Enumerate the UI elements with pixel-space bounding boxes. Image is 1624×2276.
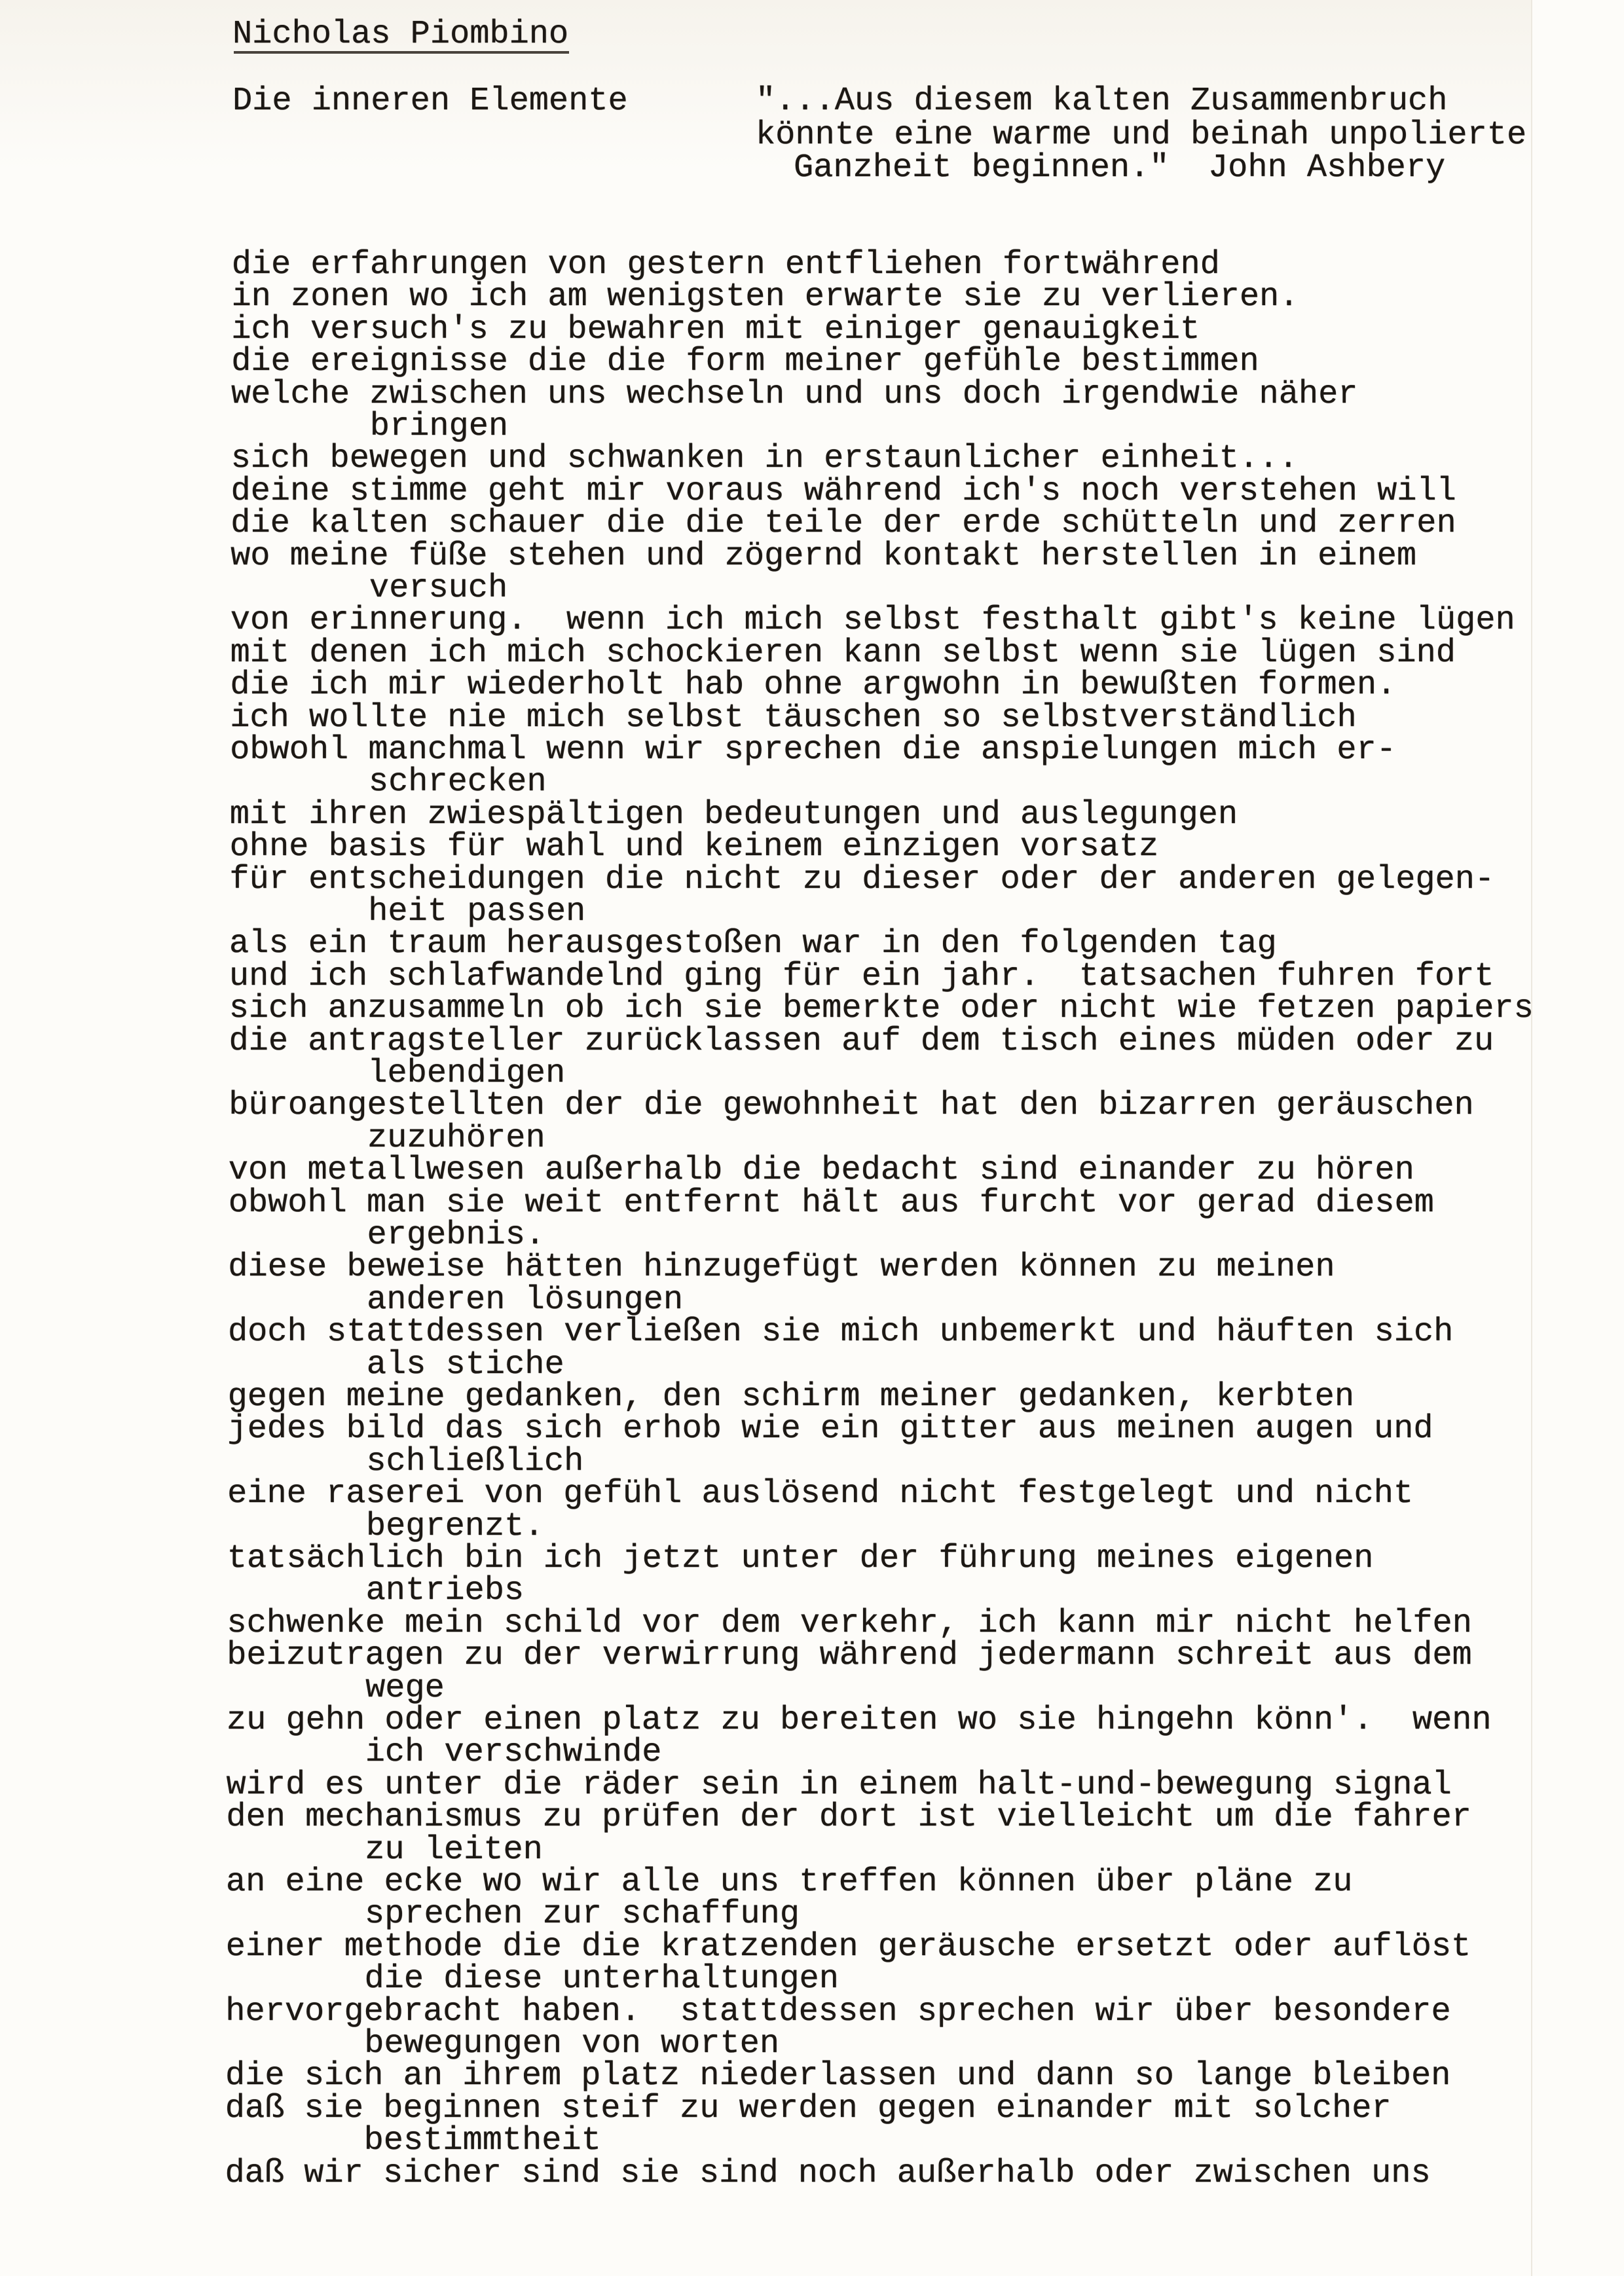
poem-line: ohne basis für wahl und keinem einzigen … [230,831,1159,864]
poem-line-continuation: ergebnis. [367,1219,545,1252]
poem-line-continuation: zu leiten [365,1834,543,1867]
poem-line-continuation: als stiche [367,1349,564,1382]
poem-line: an eine ecke wo wir alle uns treffen kön… [226,1866,1352,1899]
poem-line-continuation: versuch [369,572,507,605]
poem-line: jedes bild das sich erhob wie ein gitter… [227,1413,1433,1446]
poem-line: daß wir sicher sind sie sind noch außerh… [225,2157,1431,2190]
poem-title: Die inneren Elemente [232,85,628,118]
poem-line: büroangestellten der die gewohnheit hat … [229,1090,1474,1122]
poem-line: für entscheidungen die nicht zu dieser o… [229,864,1494,896]
epigraph-attribution: John Ashbery [1208,152,1445,185]
poem-line: einer methode die die kratzenden geräusc… [226,1931,1471,1964]
poem-line: und ich schlafwandelnd ging für ein jahr… [229,961,1494,993]
poem-line-continuation: ich verschwinde [365,1736,662,1769]
poem-line: die antragsteller zurücklassen auf dem t… [229,1025,1494,1058]
poem-line: die erfahrungen von gestern entfliehen f… [232,249,1220,282]
poem-line-continuation: die diese unterhaltungen [365,1963,839,1996]
poem-line-continuation: schrecken [369,766,547,799]
poem-line-continuation: zuzuhören [367,1122,545,1155]
poem-line: obwohl man sie weit entfernt hält aus fu… [229,1187,1434,1220]
poem-line: eine raserei von gefühl auslösend nicht … [227,1478,1413,1511]
poem-line: schwenke mein schild vor dem verkehr, ic… [227,1607,1472,1640]
poem-line: die ereignisse die die form meiner gefüh… [231,346,1259,378]
poem-line: zu gehn oder einen platz zu bereiten wo … [227,1704,1492,1737]
poem-line: mit denen ich mich schockieren kann selb… [231,637,1456,670]
poem-line-continuation: begrenzt. [366,1511,544,1543]
poem-line: hervorgebracht haben. stattdessen sprech… [225,1996,1450,2028]
poem-line: welche zwischen uns wechseln und uns doc… [231,378,1357,411]
poem-line-continuation: wege [365,1672,445,1705]
poem-line: die sich an ihrem platz niederlassen und… [225,2060,1450,2093]
poem-line: sich bewegen und schwanken in erstaunlic… [231,443,1299,475]
poem-line: mit ihren zwiespältigen bedeutungen und … [230,799,1238,832]
epigraph-line: könnte eine warme und beinah unpolierte [756,119,1526,152]
poem-line: die kalten schauer die die teile der erd… [231,507,1456,540]
poem-line: als ein traum herausgestoßen war in den … [229,928,1277,961]
poem-line: tatsächlich bin ich jetzt unter der führ… [227,1543,1374,1575]
epigraph-line: Ganzheit beginnen." [794,152,1169,185]
poem-line: sich anzusammeln ob ich sie bemerkte ode… [229,993,1534,1025]
paper-edge [1531,0,1532,2276]
poem-line: von metallwesen außerhalb die bedacht si… [229,1154,1414,1187]
poem-line-continuation: heit passen [368,896,585,928]
poem-line: gegen meine gedanken, den schirm meiner … [228,1381,1354,1414]
author-name: Nicholas Piombino [232,18,568,51]
poem-line: wird es unter die räder sein in einem ha… [227,1769,1452,1802]
poem-line-continuation: bringen [370,411,508,443]
poem-line-continuation: sprechen zur schaffung [365,1898,800,1931]
poem-line: deine stimme geht mir voraus während ich… [231,475,1456,508]
poem-line: doch stattdessen verließen sie mich unbe… [228,1316,1453,1349]
poem-line-continuation: antriebs [366,1575,524,1607]
poem-line: ich versuch's zu bewahren mit einiger ge… [231,314,1200,346]
poem-line-continuation: lebendigen [367,1057,565,1090]
poem-line-continuation: schließlich [366,1446,583,1478]
poem-line: den mechanismus zu prüfen der dort ist v… [226,1801,1471,1834]
poem-line: daß sie beginnen steif zu werden gegen e… [225,2093,1392,2125]
poem-line: wo meine füße stehen und zögernd kontakt… [231,540,1416,573]
poem-line-continuation: bewegungen von worten [364,2028,779,2061]
author-underline [234,51,569,54]
poem-line: beizutragen zu der verwirrung während je… [227,1640,1472,1672]
poem-line: in zonen wo ich am wenigsten erwarte sie… [232,281,1299,314]
poem-line-continuation: anderen lösungen [367,1284,683,1317]
poem-line: von erinnerung. wenn ich mich selbst fes… [231,604,1515,637]
poem-line: die ich mir wiederholt hab ohne argwohn … [230,669,1396,702]
poem-line: ich wollte nie mich selbst täuschen so s… [230,702,1356,735]
poem-line: obwohl manchmal wenn wir sprechen die an… [230,734,1396,767]
poem-line-continuation: bestimmtheit [364,2125,601,2157]
epigraph-line: "...Aus diesem kalten Zusammenbruch [756,85,1447,118]
poem-line: diese beweise hätten hinzugefügt werden … [228,1251,1335,1284]
